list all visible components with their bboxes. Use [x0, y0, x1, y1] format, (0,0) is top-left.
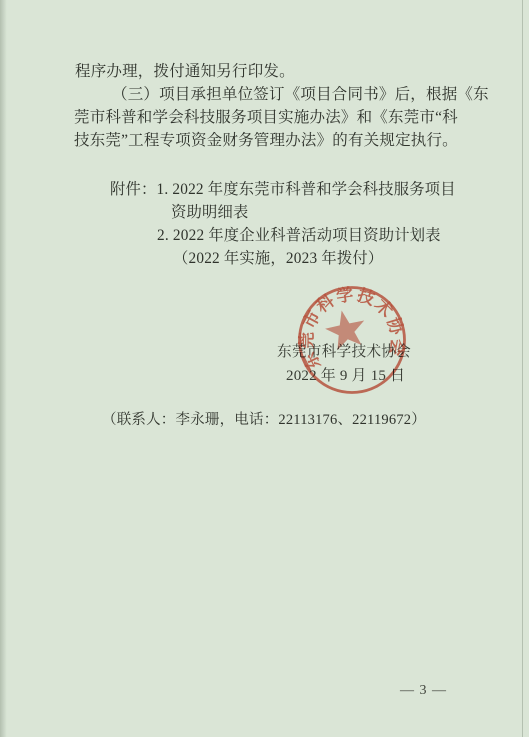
- page-number: — 3 —: [400, 681, 447, 700]
- scan-edge-shadow-left: [0, 0, 8, 737]
- paragraph-line-2: （三）项目承担单位签订《项目合同书》后，根据《东: [112, 85, 489, 104]
- attachment-line-3: 2. 2022 年度企业科普活动项目资助计划表: [157, 226, 441, 245]
- paragraph-line-1: 程序办理，拨付通知另行印发。: [75, 62, 295, 81]
- document-page: 程序办理，拨付通知另行印发。 （三）项目承担单位签订《项目合同书》后，根据《东 …: [0, 0, 529, 737]
- contact-line: （联系人：李永珊，电话：22113176、22119672）: [102, 411, 426, 430]
- scan-edge-line-right: [522, 0, 523, 737]
- paragraph-line-4: 技东莞”工程专项资金财务管理办法》的有关规定执行。: [74, 131, 458, 150]
- paragraph-line-3: 莞市科普和学会科技服务项目实施办法》和《东莞市“科: [74, 108, 458, 127]
- seal-star-icon: [322, 306, 369, 351]
- attachment-line-2: 资助明细表: [171, 203, 249, 222]
- attachment-line-1: 附件：1. 2022 年度东莞市科普和学会科技服务项目: [110, 180, 456, 199]
- official-seal-stamp-icon: 东莞市科学技术协会: [270, 258, 434, 422]
